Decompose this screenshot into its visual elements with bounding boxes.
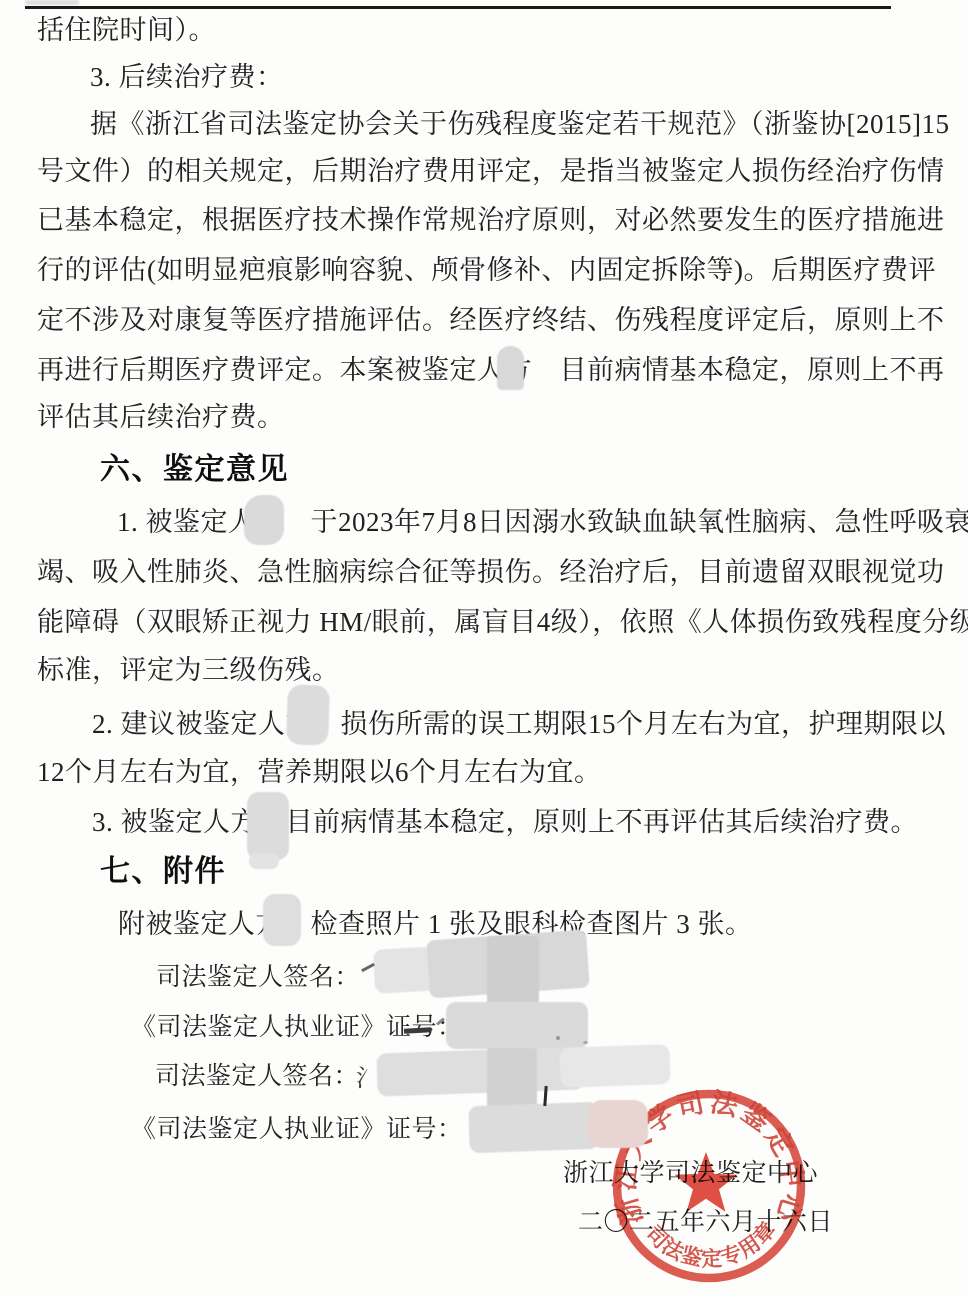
pen-stroke: [361, 963, 375, 972]
text-line-followup-title: 3. 后续治疗费：: [90, 61, 284, 93]
redaction-blob: [376, 1046, 584, 1096]
stamp-star-icon: [675, 1152, 738, 1212]
text-line: 附被鉴定人方 检查照片 1 张及眼科检查图片 3 张。: [118, 908, 753, 940]
text-line: 行的评估(如明显疤痕影响容貌、颅骨修补、内固定拆除等)。后期医疗费评: [37, 254, 936, 286]
text-line: 12个月左右为宜，营养期限以6个月左右为宜。: [37, 756, 602, 788]
text-line: 再进行后期医疗费评定。本案被鉴定人方 目前病情基本稳定，原则上不再: [37, 354, 945, 386]
redaction-blob: [247, 792, 289, 860]
section-heading-attachment: 七、附件: [100, 854, 226, 890]
redaction-blob: [497, 346, 524, 390]
redaction-blob: [487, 1048, 537, 1108]
text-line: 2. 建议被鉴定人方 损伤所需的误工期限15个月左右为宜，护理期限以: [92, 708, 946, 740]
signer2-name-label: 司法鉴定人签名：: [155, 1062, 359, 1092]
scan-smudge: [25, 0, 79, 5]
redaction-blob: [286, 684, 330, 745]
redaction-blob: [263, 894, 301, 946]
text-line: 能障碍（双眼矫正视力 HM/眼前，属盲目4级），依照《人体损伤致残程度分级》: [37, 606, 968, 638]
text-line: 定不涉及对康复等医疗措施评估。经医疗终结、伤残程度评定后，原则上不: [37, 304, 945, 336]
pen-dot: [556, 1036, 560, 1040]
text-line: 号文件）的相关规定，后期治疗费用评定，是指当被鉴定人损伤经治疗伤情: [37, 155, 945, 187]
text-line: 括住院时间）。: [37, 14, 216, 46]
text-line: 3. 被鉴定人方 目前病情基本稳定，原则上不再评估其后续治疗费。: [92, 806, 918, 838]
top-rule: [25, 6, 891, 9]
text-line: 评估其后续治疗费。: [37, 401, 285, 433]
text-line: 据《浙江省司法鉴定协会关于伤残程度鉴定若干规范》（浙鉴协[2015]15: [90, 108, 949, 140]
text-line: 已基本稳定，根据医疗技术操作常规治疗原则，对必然要发生的医疗措施进: [37, 204, 945, 236]
pen-dot: [583, 1041, 588, 1044]
document-page: 括住院时间）。 3. 后续治疗费： 据《浙江省司法鉴定协会关于伤残程度鉴定若干规…: [0, 0, 968, 1296]
text-line: 竭、吸入性肺炎、急性脑病综合征等损伤。经治疗后，目前遗留双眼视觉功: [37, 556, 945, 588]
redaction-blob: [446, 1002, 588, 1049]
redaction-blob: [468, 1102, 600, 1154]
text-line: 标准，评定为三级伤残。: [37, 654, 340, 686]
redaction-blob: [249, 853, 279, 869]
signer2-cert-label: 《司法鉴定人执业证》证号：: [131, 1115, 463, 1145]
signer1-name-label: 司法鉴定人签名：: [156, 963, 360, 993]
redaction-blob: [244, 495, 284, 545]
redaction-blob: [588, 1100, 648, 1148]
section-heading-opinion: 六、鉴定意见: [100, 452, 289, 488]
